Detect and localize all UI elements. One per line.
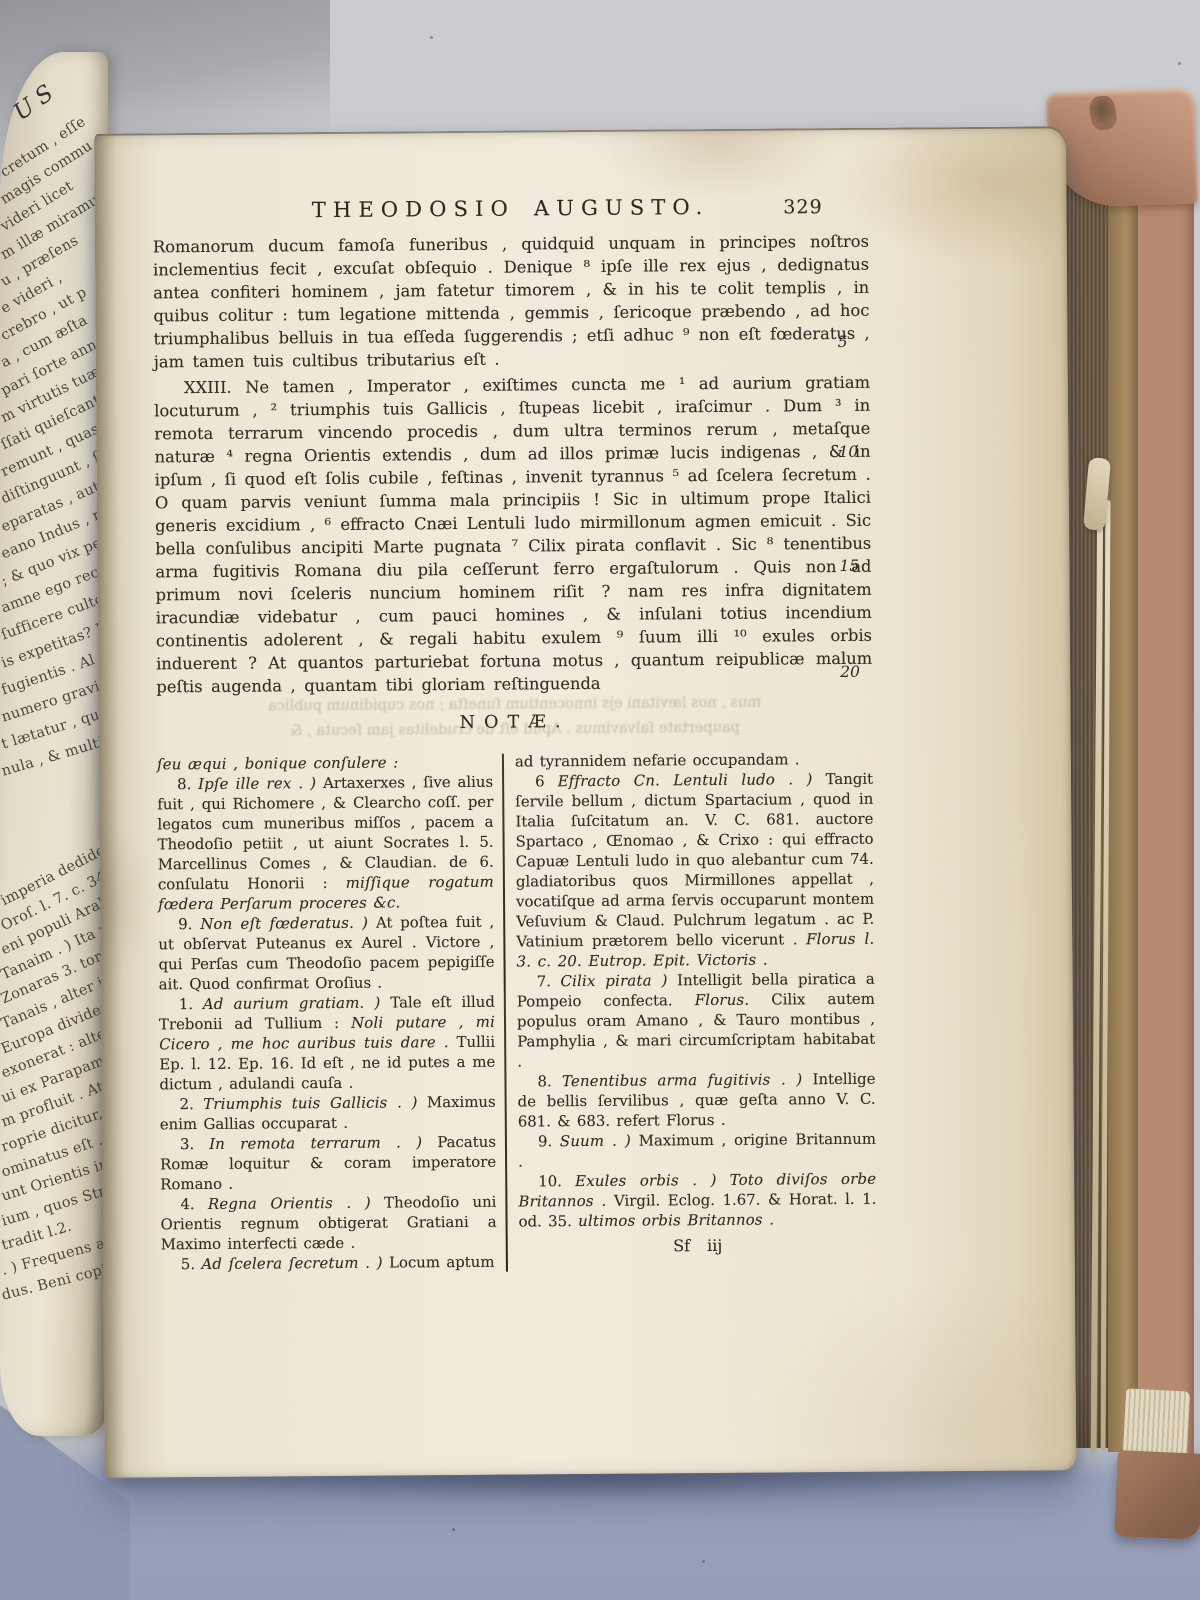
page-number: 329 — [783, 196, 822, 218]
note-entry: 10. Exules orbis . ) Toto diviſos orbe B… — [518, 1169, 876, 1232]
note-entry: 1. Ad aurium gratiam. ) Tale eſt illud T… — [159, 992, 496, 1095]
note-entry: 5. Ad ſcelera ſecretum . ) Locum aptum — [161, 1252, 497, 1275]
note-entry: 7. Cilix pirata ) Intelligit bella pirat… — [517, 969, 876, 1072]
note-entry: ad tyrannidem nefarie occupandam . — [515, 749, 873, 772]
binding-board-edge — [1108, 152, 1140, 1452]
note-entry: 4. Regna Orientis . ) Theodoſio uni Orie… — [160, 1192, 496, 1255]
signature-mark: Sf iij — [519, 1235, 877, 1258]
dust-speck — [430, 36, 433, 39]
note-entry: 9. Non eſt fœderatus. ) At poſtea fuit ,… — [158, 912, 495, 995]
leather-cover — [1138, 96, 1194, 1528]
notes-columns: ſeu æqui , bonique conſulere :8. Ipſe il… — [157, 749, 877, 1275]
column-divider-rule — [502, 754, 508, 1272]
notes-left-column: ſeu æqui , bonique conſulere :8. Ipſe il… — [157, 752, 497, 1275]
dust-speck — [702, 1560, 705, 1563]
note-entry: 6 Effracto Cn. Lentuli ludo . ) Tangit ſ… — [515, 769, 875, 972]
dust-speck — [1178, 62, 1181, 65]
page-header: THEODOSIO AUGUSTO. 329 — [153, 194, 869, 230]
main-page: 5 10 15 20 THEODOSIO AUGUSTO. 329 Romano… — [94, 126, 1077, 1478]
note-entry: ſeu æqui , bonique conſulere : — [157, 752, 493, 775]
note-entry: 8. Tenentibus arma fugitivis . ) Intelli… — [517, 1069, 875, 1132]
notes-right-content: ad tyrannidem nefarie occupandam .6 Effr… — [515, 749, 877, 1232]
body-paragraph: XXIII. Ne tamen , Imperator , exiſtimes … — [154, 371, 873, 699]
running-title: THEODOSIO AUGUSTO. — [153, 194, 869, 224]
note-entry: 8. Ipſe ille rex . ) Artaxerxes , ſive a… — [157, 772, 494, 915]
book-photo: US cretum , eſſemagis commuvideri licetm… — [0, 0, 1200, 1600]
note-entry: 2. Triumphis tuis Gallicis . ) Maximus e… — [160, 1092, 496, 1135]
text-block: THEODOSIO AUGUSTO. 329 Romanorum ducum f… — [153, 194, 877, 1275]
note-entry: 9. Suum . ) Maximum , origine Britannum … — [518, 1129, 876, 1172]
dust-speck — [452, 1528, 455, 1531]
body-paragraph: Romanorum ducum famoſa funeribus , quidq… — [153, 230, 870, 374]
notes-right-column: ad tyrannidem nefarie occupandam .6 Effr… — [515, 749, 877, 1272]
notae-heading-zone: mus , nos lævitani ejs innocentium ſuneſ… — [156, 693, 872, 755]
note-entry: 3. In remota terrarum . ) Pacatus Romæ l… — [160, 1132, 496, 1195]
